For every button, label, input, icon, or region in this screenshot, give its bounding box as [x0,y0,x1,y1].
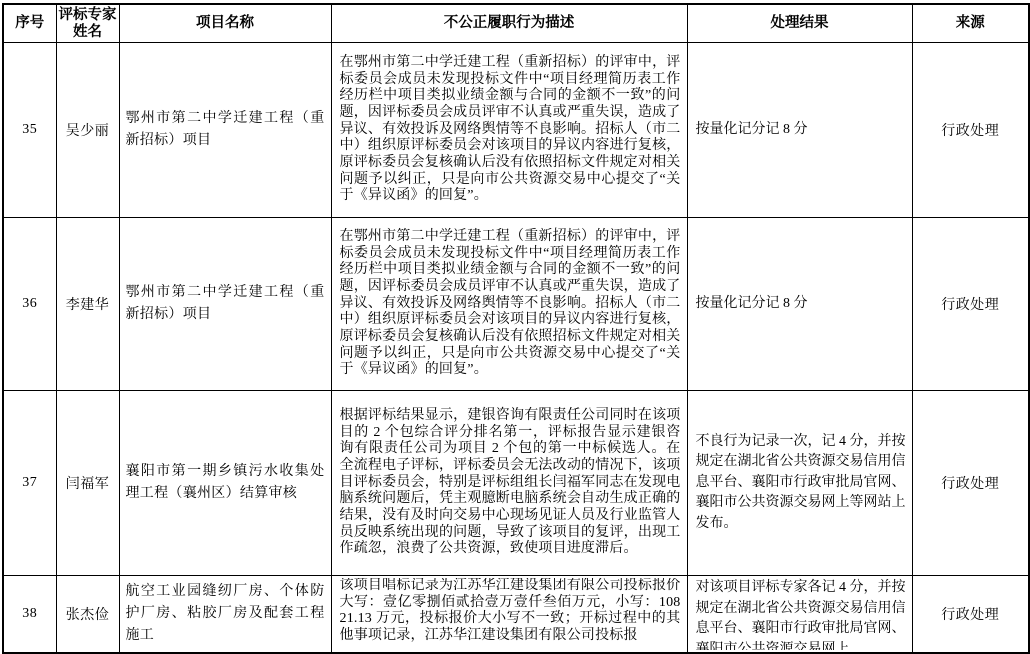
cell-no: 38 [3,576,56,654]
cell-description: 根据评标结果显示，建银咨询有限责任公司同时在该项目的 2 个包综合评分排名第一，… [331,391,687,576]
col-header-source: 来源 [912,4,1029,43]
cell-expert-name: 闫福军 [56,391,119,576]
cell-source: 行政处理 [912,43,1029,218]
cell-source: 行政处理 [912,576,1029,654]
cell-no: 37 [3,391,56,576]
col-header-no: 序号 [3,4,56,43]
col-header-result: 处理结果 [687,4,912,43]
col-header-expert-name: 评标专家姓名 [56,4,119,43]
cell-project: 鄂州市第二中学迁建工程（重新招标）项目 [119,43,331,218]
cell-description: 该项目唱标记录为江苏华江建设集团有限公司投标报价大写：壹亿零捌佰贰拾壹万壹仟叁佰… [331,576,687,654]
cell-no: 36 [3,218,56,391]
cell-result: 对该项目评标专家各记 4 分，并按规定在湖北省公共资源交易信用信息平台、襄阳市行… [687,576,912,654]
cell-no: 35 [3,43,56,218]
col-header-project: 项目名称 [119,4,331,43]
cell-project: 航空工业园缝纫厂房、个体防护厂房、粘胶厂房及配套工程施工 [119,576,331,654]
col-header-description: 不公正履职行为描述 [331,4,687,43]
cell-expert-name: 吴少丽 [56,43,119,218]
cell-result: 不良行为记录一次，记 4 分，并按规定在湖北省公共资源交易信用信息平台、襄阳市行… [687,391,912,576]
cell-description: 在鄂州市第二中学迁建工程（重新招标）的评审中，评标委员会成员未发现投标文件中“项… [331,218,687,391]
table-row: 35 吴少丽 鄂州市第二中学迁建工程（重新招标）项目 在鄂州市第二中学迁建工程（… [3,43,1029,218]
header-row: 序号 评标专家姓名 项目名称 不公正履职行为描述 处理结果 来源 [3,4,1029,43]
penalty-table: 序号 评标专家姓名 项目名称 不公正履职行为描述 处理结果 来源 35 吴少丽 … [2,3,1030,654]
clipped-result-text: 对该项目评标专家各记 4 分，并按规定在湖北省公共资源交易信用信息平台、襄阳市行… [696,578,906,650]
clipped-description-text: 该项目唱标记录为江苏华江建设集团有限公司投标报价大写：壹亿零捌佰贰拾壹万壹仟叁佰… [340,578,681,650]
cell-source: 行政处理 [912,391,1029,576]
cell-result: 按量化记分记 8 分 [687,218,912,391]
cell-project: 襄阳市第一期乡镇污水收集处理工程（襄州区）结算审核 [119,391,331,576]
cell-source: 行政处理 [912,218,1029,391]
table-row: 36 李建华 鄂州市第二中学迁建工程（重新招标）项目 在鄂州市第二中学迁建工程（… [3,218,1029,391]
cell-expert-name: 李建华 [56,218,119,391]
table-row: 38 张杰俭 航空工业园缝纫厂房、个体防护厂房、粘胶厂房及配套工程施工 该项目唱… [3,576,1029,654]
cell-result: 按量化记分记 8 分 [687,43,912,218]
document-page: 序号 评标专家姓名 项目名称 不公正履职行为描述 处理结果 来源 35 吴少丽 … [0,0,1030,654]
cell-description: 在鄂州市第二中学迁建工程（重新招标）的评审中，评标委员会成员未发现投标文件中“项… [331,43,687,218]
cell-expert-name: 张杰俭 [56,576,119,654]
cell-project: 鄂州市第二中学迁建工程（重新招标）项目 [119,218,331,391]
table-row: 37 闫福军 襄阳市第一期乡镇污水收集处理工程（襄州区）结算审核 根据评标结果显… [3,391,1029,576]
